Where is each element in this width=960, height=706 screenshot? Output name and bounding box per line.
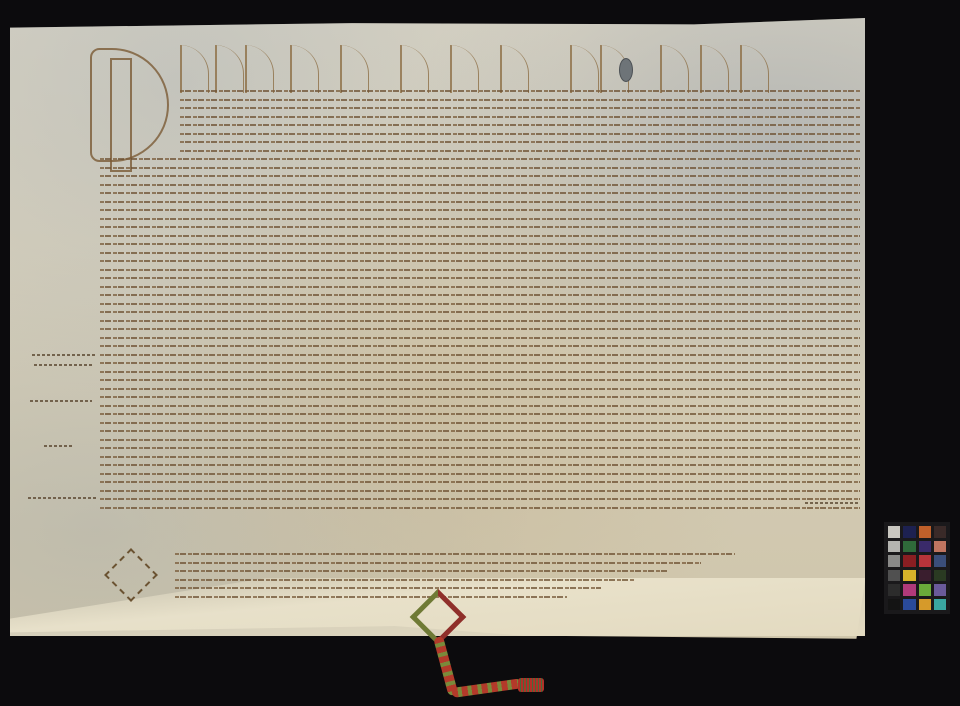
text-line [100,345,860,347]
color-patch [934,570,946,582]
color-patch [934,555,946,567]
text-line [100,320,860,322]
text-line [100,209,860,211]
color-patch [888,570,900,582]
subscription-line [175,562,701,564]
text-line [100,362,860,364]
color-patch [888,541,900,553]
text-line [100,498,860,500]
margin-note [30,400,92,402]
margin-note [805,502,860,504]
text-line [100,269,860,271]
subscription-line [175,579,634,581]
text-line [180,133,860,135]
text-line [100,413,860,415]
color-patch [919,526,931,538]
color-patch [934,584,946,596]
margin-note [32,354,96,356]
color-patch [903,526,915,538]
color-patch [903,555,915,567]
text-line [100,167,860,169]
margin-note [34,364,94,366]
text-line [100,192,860,194]
color-patch [903,584,915,596]
color-patch [903,570,915,582]
text-line [100,235,860,237]
text-line [100,184,860,186]
color-patch [934,599,946,611]
color-patch [888,584,900,596]
text-line [100,311,860,313]
subscription-line [175,587,601,589]
color-patch [934,526,946,538]
text-line [100,252,860,254]
text-line [100,379,860,381]
text-line [100,405,860,407]
subscription-text [175,553,735,604]
text-line [100,464,860,466]
text-line [180,90,860,92]
text-line [100,226,860,228]
archive-stamp [619,58,633,82]
text-line [100,337,860,339]
text-line [100,201,860,203]
color-patch [919,584,931,596]
text-line [100,218,860,220]
color-calibration-chart [884,522,950,614]
color-patch [919,599,931,611]
text-line [100,422,860,424]
text-line [180,150,860,152]
charter-body-text [100,90,860,515]
text-line [100,396,860,398]
text-line [180,99,860,101]
text-line [100,354,860,356]
color-patch [888,555,900,567]
text-line [100,430,860,432]
text-line [100,481,860,483]
text-line [100,490,860,492]
text-line [100,260,860,262]
margin-note [28,497,98,499]
color-patch [888,526,900,538]
color-patch [919,570,931,582]
text-line [180,124,860,126]
color-patch [903,599,915,611]
text-line [100,286,860,288]
text-line [180,116,860,118]
seal-cord-tassel [518,678,544,692]
text-line [100,303,860,305]
margin-note [44,445,74,447]
text-line [100,158,860,160]
subscription-line [175,570,668,572]
text-line [100,328,860,330]
subscription-line [175,553,735,555]
text-line [100,447,860,449]
text-line [100,473,860,475]
text-line [100,388,860,390]
color-patch [919,555,931,567]
text-line [100,507,860,509]
text-line [180,141,860,143]
text-line [100,294,860,296]
text-line [100,277,860,279]
text-line [100,439,860,441]
text-line [100,456,860,458]
seal-cord-braid [451,678,522,698]
text-line [180,107,860,109]
text-line [100,243,860,245]
color-patch [919,541,931,553]
color-patch [888,599,900,611]
text-line [100,175,860,177]
text-line [100,371,860,373]
color-patch [903,541,915,553]
subscription-line [175,596,567,598]
color-patch [934,541,946,553]
